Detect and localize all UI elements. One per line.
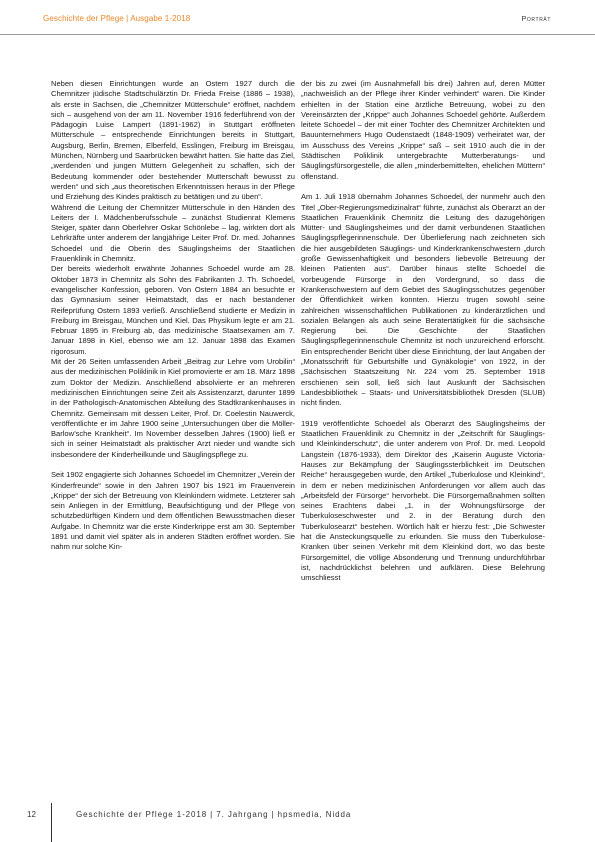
paragraph: Neben diesen Einrichtungen wurde an Oste… <box>51 79 295 203</box>
header-divider <box>0 34 595 35</box>
running-header-section: Porträt <box>522 14 551 23</box>
paragraph: der bis zu zwei (im Ausnahmefall bis dre… <box>301 79 545 182</box>
paragraph: Mit der 26 Seiten umfassenden Arbeit „Be… <box>51 357 295 460</box>
footer-citation: Geschichte der Pflege 1-2018 | 7. Jahrga… <box>76 810 351 819</box>
paragraph: Am 1. Juli 1918 übernahm Johannes Schoed… <box>301 192 545 408</box>
text-column-right: der bis zu zwei (im Ausnahmefall bis dre… <box>301 79 545 584</box>
page-number: 12 <box>27 810 36 819</box>
text-column-left: Neben diesen Einrichtungen wurde an Oste… <box>51 79 295 553</box>
running-header-publication: Geschichte der Pflege | Ausgabe 1-2018 <box>43 14 190 23</box>
footer-divider <box>51 803 52 842</box>
paragraph: 1919 veröffentlichte Schoedel als Oberar… <box>301 419 545 584</box>
paragraph: Seit 1902 engagierte sich Johannes Schoe… <box>51 470 295 552</box>
paragraph: Während die Leitung der Chemnitzer Mütte… <box>51 203 295 265</box>
paragraph: Der bereits wiederholt erwähnte Johannes… <box>51 264 295 357</box>
